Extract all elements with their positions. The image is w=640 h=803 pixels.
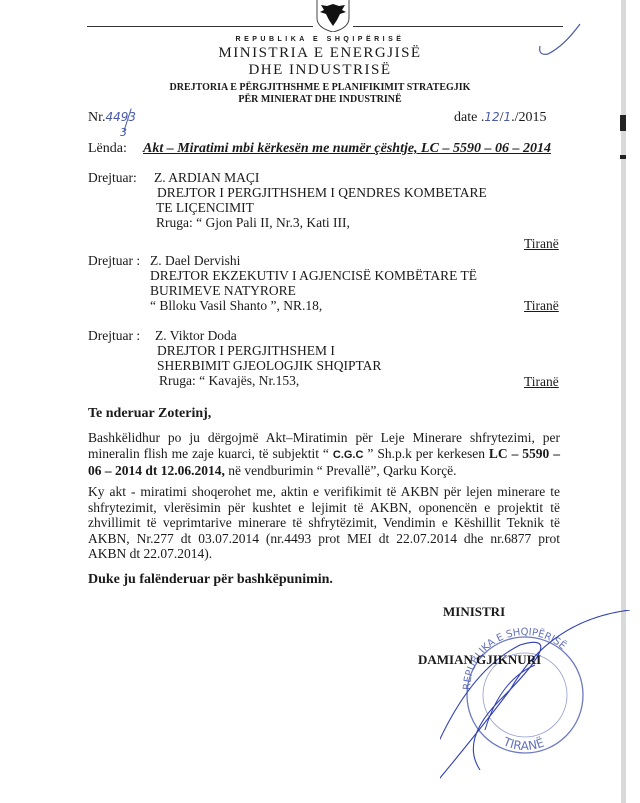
- handwritten-check-icon: [534, 20, 584, 60]
- body-paragraph-2: Ky akt - miratimi shoqerohet me, aktin e…: [88, 484, 560, 562]
- recipient-line: TE LIÇENCIMIT: [154, 200, 487, 215]
- header-rule: [353, 26, 563, 27]
- date-label: date .: [454, 110, 484, 125]
- recipient-line: BURIMEVE NATYRORE: [150, 283, 477, 298]
- recipient-line: DREJTOR I PERGJITHSHEM I QENDRES KOMBETA…: [154, 185, 487, 200]
- p1-text: në vendburimin “ Prevallë”, Qarku Korçë.: [225, 463, 457, 478]
- signatory-name: DAMIAN GJIKNURI: [418, 652, 541, 668]
- nr-value: 4493: [106, 110, 137, 124]
- document-date: date .12/1./2015: [454, 110, 547, 126]
- recipient-city: Tiranë: [524, 298, 559, 314]
- recipient-label: Drejtuar :: [88, 328, 140, 344]
- recipient-line: DREJTOR EKZEKUTIV I AGJENCISË KOMBËTARE …: [150, 268, 477, 283]
- recipient-label: Drejtuar :: [88, 253, 140, 269]
- recipient-city: Tiranë: [524, 236, 559, 252]
- recipient-line: Rruga: “ Gjon Pali II, Nr.3, Kati III,: [154, 215, 487, 230]
- date-month: 1: [504, 110, 512, 124]
- nr-sub: 3: [120, 126, 127, 139]
- recipient-address: Z. ARDIAN MAÇI DREJTOR I PERGJITHSHEM I …: [154, 170, 487, 230]
- date-day: 12: [484, 110, 499, 124]
- albanian-eagle-emblem-icon: [313, 0, 353, 32]
- directorate-heading: DREJTORIA E PËRGJITHSHME E PLANIFIKIMIT …: [0, 82, 640, 106]
- closing-line: Duke ju falënderuar për bashkëpunimin.: [88, 572, 333, 588]
- scan-edge-mark: [620, 155, 626, 159]
- recipient-name: Z. Dael Dervishi: [150, 253, 477, 268]
- nr-label: Nr.: [88, 110, 106, 125]
- greeting: Te nderuar Zoterinj,: [88, 406, 211, 422]
- recipient-name: Z. Viktor Doda: [155, 328, 381, 343]
- ministry-line2: DHE INDUSTRISË: [0, 62, 640, 79]
- date-year: /2015: [515, 110, 547, 125]
- recipient-address: Z. Dael Dervishi DREJTOR EKZEKUTIV I AGJ…: [150, 253, 477, 313]
- body-paragraph-1: Bashkëlidhur po ju dërgojmë Akt–Miratimi…: [88, 430, 560, 479]
- recipient-line: SHERBIMIT GJEOLOGJIK SHQIPTAR: [155, 358, 381, 373]
- header-rule: [87, 26, 313, 27]
- recipient-line: DREJTOR I PERGJITHSHEM I: [155, 343, 381, 358]
- recipient-label: Drejtuar:: [88, 170, 137, 186]
- subject-label: Lënda:: [88, 141, 127, 157]
- recipient-line: Rruga: “ Kavajës, Nr.153,: [155, 373, 381, 388]
- company-name: C.G.C: [333, 449, 364, 461]
- subject-text: Akt – Miratimi mbi kërkesën me numër çës…: [143, 141, 551, 157]
- recipient-line: “ Blloku Vasil Shanto ”, NR.18,: [150, 298, 477, 313]
- directorate-line2: PËR MINIERAT DHE INDUSTRINË: [0, 94, 640, 106]
- recipient-address: Z. Viktor Doda DREJTOR I PERGJITHSHEM I …: [155, 328, 381, 388]
- scan-edge-mark: [620, 115, 626, 131]
- p1-text: ” Sh.p.k per kerkesen: [363, 446, 488, 461]
- official-stamp-icon: REPUBLIKA E SHQIPËRISË TIRANË: [440, 610, 640, 800]
- recipient-name: Z. ARDIAN MAÇI: [154, 170, 487, 185]
- directorate-line1: DREJTORIA E PËRGJITHSHME E PLANIFIKIMIT …: [0, 82, 640, 94]
- recipient-city: Tiranë: [524, 374, 559, 390]
